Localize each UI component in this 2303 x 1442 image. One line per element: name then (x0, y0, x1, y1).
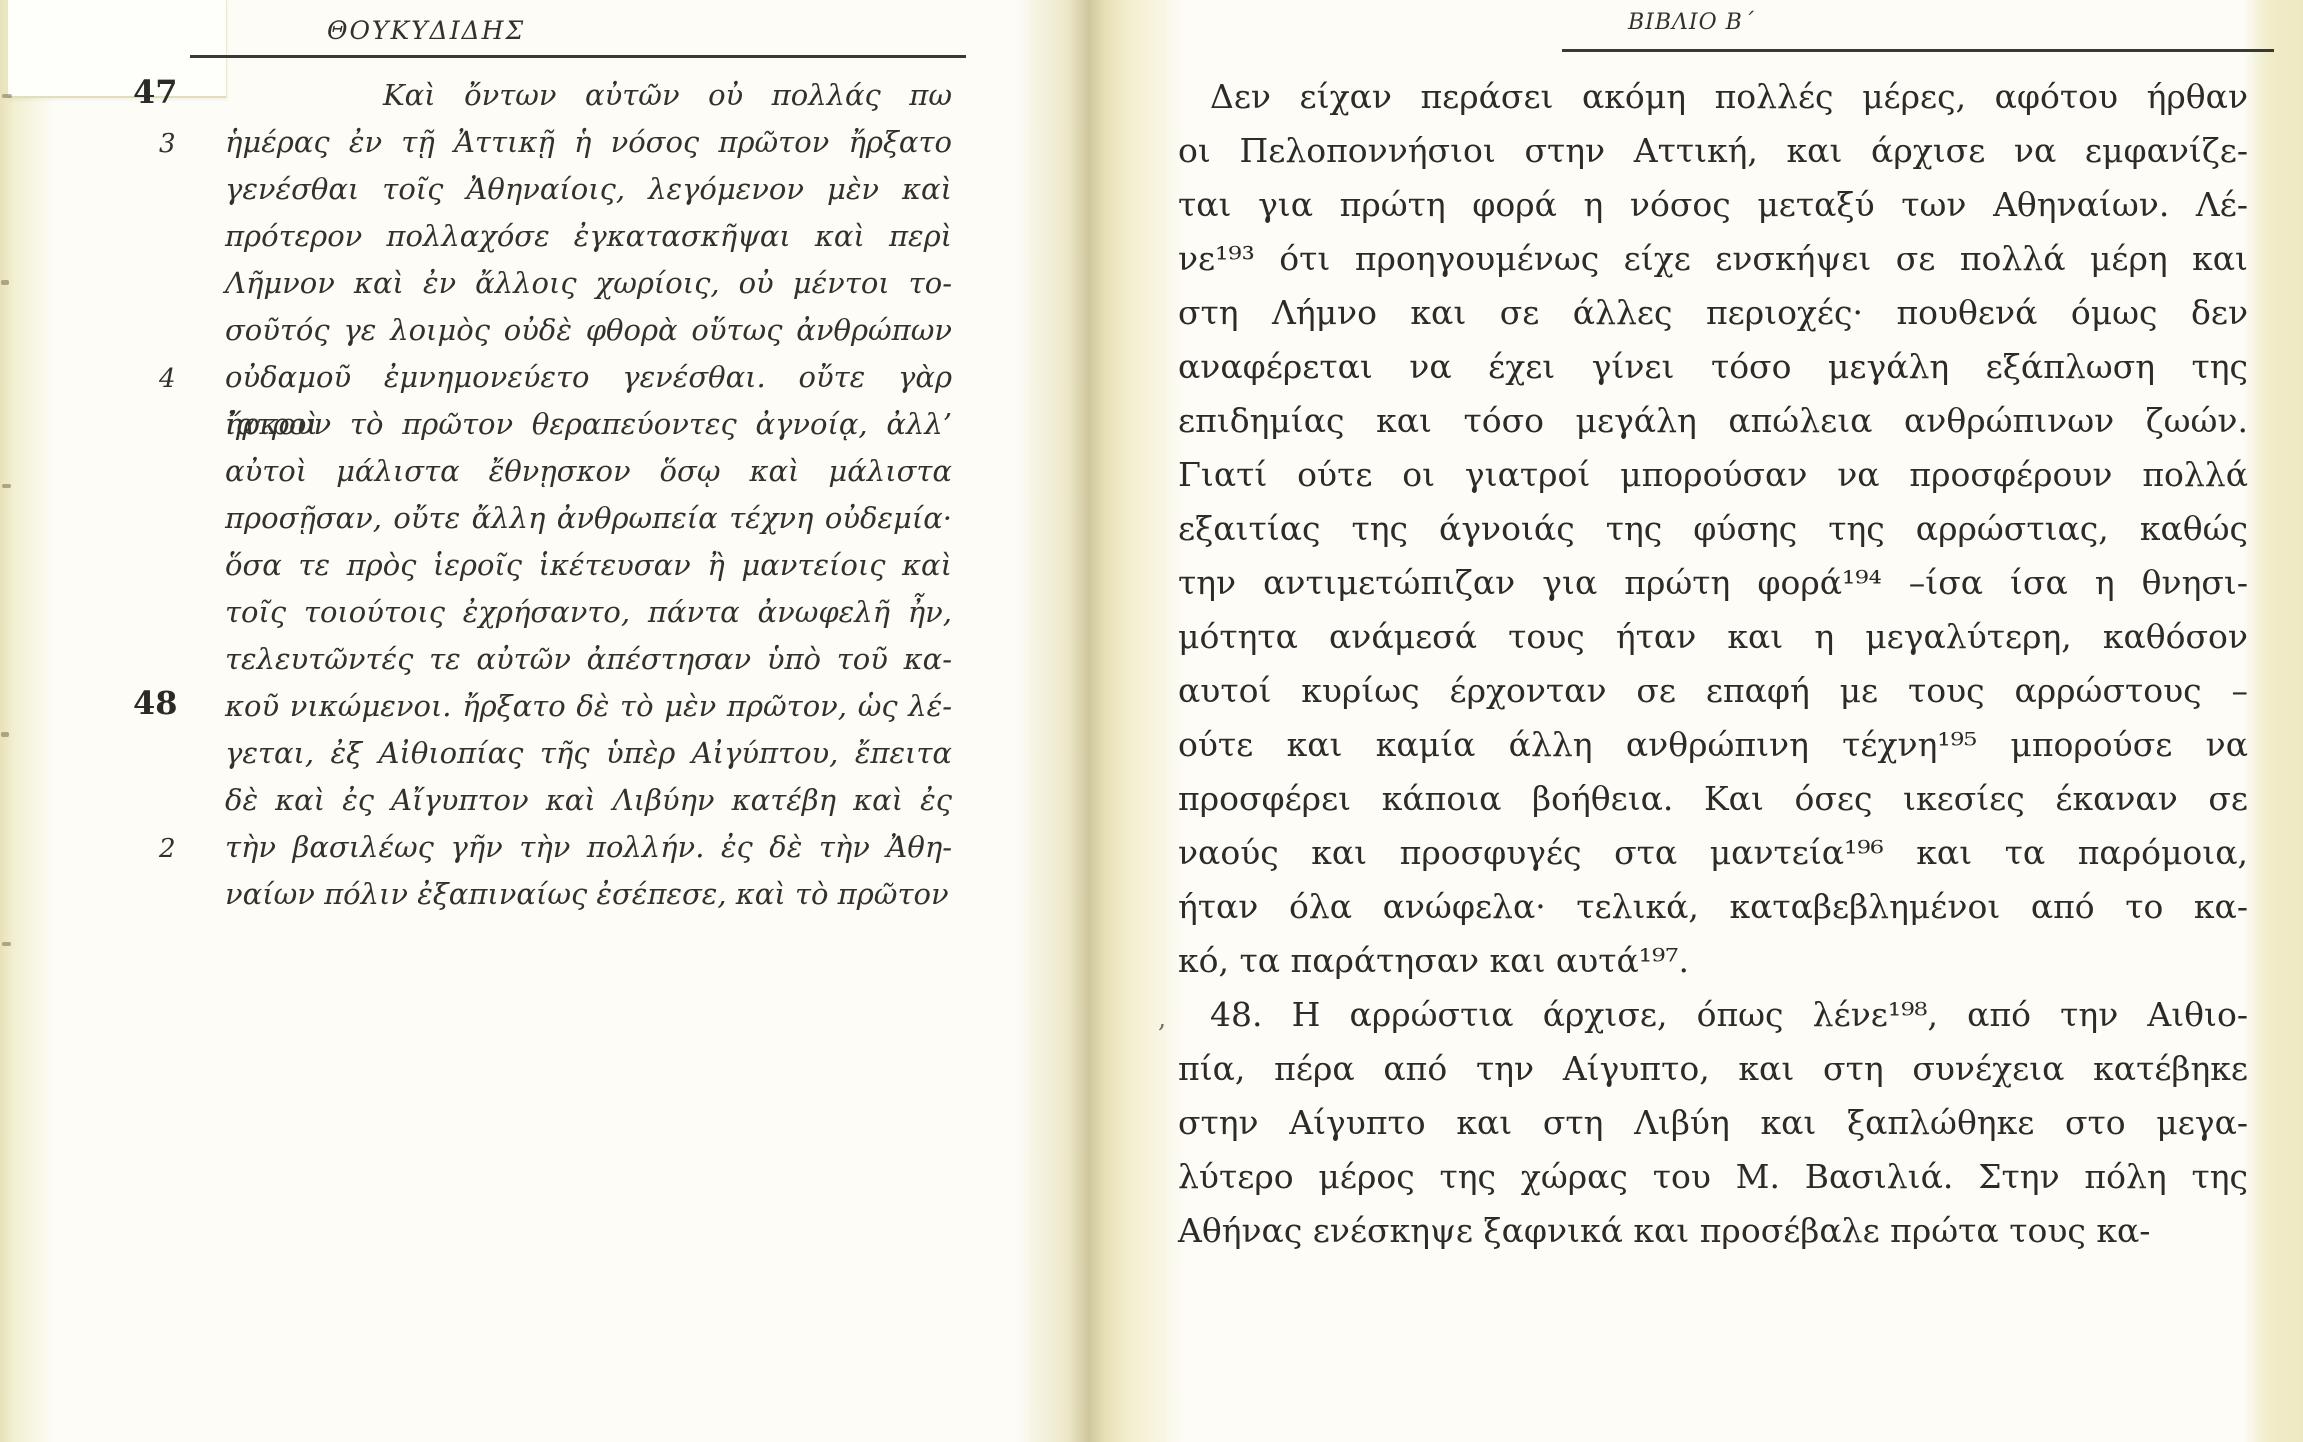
line-text: στην Αίγυπτο και στη Λιβύη και ξαπλώθηκε… (1178, 1103, 2248, 1142)
text-line: στην Αίγυπτο και στη Λιβύη και ξαπλώθηκε… (1178, 1096, 2248, 1150)
line-text: Αθήνας ενέσκηψε ξαφνικά και προσέβαλε πρ… (1178, 1211, 2150, 1250)
text-line: 47Καὶ ὄντων αὐτῶν οὐ πολλάς πω (225, 72, 952, 119)
line-text: αναφέρεται να έχει γίνει τόσο μεγάλη εξά… (1178, 347, 2248, 386)
line-text: εξαιτίας της άγνοιάς της φύσης της αρρώσ… (1178, 509, 2248, 548)
text-line: στη Λήμνο και σε άλλες περιοχές· πουθενά… (1178, 286, 2248, 340)
line-text: Καὶ ὄντων αὐτῶν οὐ πολλάς πω (383, 78, 952, 112)
text-line: ται για πρώτη φορά η νόσος μεταξύ των Αθ… (1178, 178, 2248, 232)
line-text: ὅσα τε πρὸς ἱεροῖς ἱκέτευσαν ἢ μαντείοις… (225, 548, 952, 582)
text-line: Λῆμνον καὶ ἐν ἄλλοις χωρίοις, οὐ μέντοι … (225, 260, 952, 307)
text-line: ἤρκουν τὸ πρῶτον θεραπεύοντες ἀγνοίᾳ, ἀλ… (225, 401, 952, 448)
text-line: ναίων πόλιν ἐξαπιναίως ἐσέπεσε, καὶ τὸ π… (225, 871, 952, 918)
text-line: γενέσθαι τοῖς Ἀθηναίοις, λεγόμενον μὲν κ… (225, 166, 952, 213)
line-text: ται για πρώτη φορά η νόσος μεταξύ των Αθ… (1178, 185, 2248, 224)
text-line: ήταν όλα ανώφελα· τελικά, καταβεβλημένοι… (1178, 880, 2248, 934)
line-text: γεται, ἐξ Αἰθιοπίας τῆς ὑπὲρ Αἰγύπτου, ἔ… (225, 736, 952, 770)
text-line: 48κοῦ νικώμενοι. ἤρξατο δὲ τὸ μὲν πρῶτον… (225, 683, 952, 730)
line-text: οι Πελοποννήσιοι στην Αττική, και άρχισε… (1178, 131, 2248, 170)
line-text: Δεν είχαν περάσει ακόμη πολλές μέρες, αφ… (1210, 77, 2248, 116)
left-text-block: 47Καὶ ὄντων αὐτῶν οὐ πολλάς πω3ἡμέρας ἐν… (225, 72, 952, 918)
text-line: 2τὴν βασιλέως γῆν τὴν πολλήν. ἐς δὲ τὴν … (225, 824, 952, 871)
text-line: σοῦτός γε λοιμὸς οὐδὲ φθορὰ οὕτως ἀνθρώπ… (225, 307, 952, 354)
scan-speck (1, 280, 9, 285)
line-text: Λῆμνον καὶ ἐν ἄλλοις χωρίοις, οὐ μέντοι … (225, 266, 952, 300)
line-text: λύτερο μέρος της χώρας του Μ. Βασιλιά. Σ… (1178, 1157, 2248, 1196)
text-line: λύτερο μέρος της χώρας του Μ. Βασιλιά. Σ… (1178, 1150, 2248, 1204)
line-text: νε¹⁹³ ότι προηγουμένως είχε ενσκήψει σε … (1178, 239, 2248, 278)
line-text: αυτοί κυρίως έρχονταν σε επαφή με τους α… (1178, 671, 2248, 710)
text-line: νε¹⁹³ ότι προηγουμένως είχε ενσκήψει σε … (1178, 232, 2248, 286)
text-line: προσῇσαν, οὔτε ἄλλη ἀνθρωπεία τέχνη οὐδε… (225, 495, 952, 542)
line-text: ναίων πόλιν ἐξαπιναίως ἐσέπεσε, καὶ τὸ π… (225, 877, 949, 911)
line-text: προσῇσαν, οὔτε ἄλλη ἀνθρωπεία τέχνη οὐδε… (225, 501, 952, 535)
left-header-rule (190, 55, 966, 58)
line-text: τελευτῶντές τε αὐτῶν ἀπέστησαν ὑπὸ τοῦ κ… (225, 642, 952, 676)
text-line: προσφέρει κάποια βοήθεια. Και όσες ικεσί… (1178, 772, 2248, 826)
text-line: Γιατί ούτε οι γιατροί μπορούσαν να προσφ… (1178, 448, 2248, 502)
line-text: σοῦτός γε λοιμὸς οὐδὲ φθορὰ οὕτως ἀνθρώπ… (225, 313, 952, 347)
text-line: τελευτῶντές τε αὐτῶν ἀπέστησαν ὑπὸ τοῦ κ… (225, 636, 952, 683)
text-line: οι Πελοποννήσιοι στην Αττική, και άρχισε… (1178, 124, 2248, 178)
margin-chapter-number: 47 (133, 69, 178, 116)
right-running-head: ΒΙΒΛΙΟ Β´ (1628, 10, 1755, 35)
text-line: ούτε και καμία άλλη ανθρώπινη τέχνη¹⁹⁵ μ… (1178, 718, 2248, 772)
text-line: ὅσα τε πρὸς ἱεροῖς ἱκέτευσαν ἢ μαντείοις… (225, 542, 952, 589)
text-line: εξαιτίας της άγνοιάς της φύσης της αρρώσ… (1178, 502, 2248, 556)
text-line: αυτοί κυρίως έρχονταν σε επαφή με τους α… (1178, 664, 2248, 718)
text-line: 4οὐδαμοῦ ἐμνημονεύετο γενέσθαι. οὔτε γὰρ… (225, 354, 952, 401)
text-line: Δεν είχαν περάσει ακόμη πολλές μέρες, αφ… (1178, 70, 2248, 124)
line-text: προσφέρει κάποια βοήθεια. Και όσες ικεσί… (1178, 779, 2248, 818)
line-text: ούτε και καμία άλλη ανθρώπινη τέχνη¹⁹⁵ μ… (1178, 725, 2248, 764)
page-edge-right (2243, 0, 2303, 1442)
line-text: ήταν όλα ανώφελα· τελικά, καταβεβλημένοι… (1178, 887, 2248, 926)
line-text: την αντιμετώπιζαν για πρώτη φορά¹⁹⁴ –ίσα… (1178, 563, 2248, 602)
right-header-rule (1562, 49, 2274, 52)
line-text: 48. Η αρρώστια άρχισε, όπως λένε¹⁹⁸, από… (1210, 995, 2248, 1034)
line-text: κοῦ νικώμενοι. ἤρξατο δὲ τὸ μὲν πρῶτον, … (225, 689, 952, 723)
line-text: γενέσθαι τοῖς Ἀθηναίοις, λεγόμενον μὲν κ… (225, 172, 952, 206)
paper-slip-overlay (8, 0, 227, 98)
text-line: τοῖς τοιούτοις ἐχρήσαντο, πάντα ἀνωφελῆ … (225, 589, 952, 636)
text-line: αὐτοὶ μάλιστα ἔθνῃσκον ὅσῳ καὶ μάλιστα (225, 448, 952, 495)
scan-speck (2, 94, 12, 98)
line-text: τὴν βασιλέως γῆν τὴν πολλήν. ἐς δὲ τὴν Ἀ… (225, 830, 952, 864)
scan-speck (2, 484, 11, 488)
line-text: τοῖς τοιούτοις ἐχρήσαντο, πάντα ἀνωφελῆ … (225, 595, 952, 629)
line-text: Γιατί ούτε οι γιατροί μπορούσαν να προσφ… (1178, 455, 2248, 494)
text-line: Αθήνας ενέσκηψε ξαφνικά και προσέβαλε πρ… (1178, 1204, 2248, 1258)
text-line: πρότερον πολλαχόσε ἐγκατασκῆψαι καὶ περὶ (225, 213, 952, 260)
stray-ink-mark: , (1158, 1004, 1166, 1034)
scan-speck (2, 942, 11, 946)
line-text: στη Λήμνο και σε άλλες περιοχές· πουθενά… (1178, 293, 2248, 332)
book-spread-scan: ΘΟΥΚΥΔΙΔΗΣ 47Καὶ ὄντων αὐτῶν οὐ πολλάς π… (0, 0, 2303, 1442)
text-line: κό, τα παράτησαν και αυτά¹⁹⁷. (1178, 934, 2248, 988)
line-text: πρότερον πολλαχόσε ἐγκατασκῆψαι καὶ περὶ (225, 219, 952, 253)
text-line: γεται, ἐξ Αἰθιοπίας τῆς ὑπὲρ Αἰγύπτου, ἔ… (225, 730, 952, 777)
line-text: επιδημίας και τόσο μεγάλη απώλεια ανθρώπ… (1178, 401, 2248, 440)
text-line: δὲ καὶ ἐς Αἴγυπτον καὶ Λιβύην κατέβη καὶ… (225, 777, 952, 824)
text-line: επιδημίας και τόσο μεγάλη απώλεια ανθρώπ… (1178, 394, 2248, 448)
left-running-head: ΘΟΥΚΥΔΙΔΗΣ (327, 16, 525, 45)
line-text: δὲ καὶ ἐς Αἴγυπτον καὶ Λιβύην κατέβη καὶ… (225, 783, 952, 817)
right-text-block: Δεν είχαν περάσει ακόμη πολλές μέρες, αφ… (1178, 70, 2248, 1258)
line-text: ναούς και προσφυγές στα μαντεία¹⁹⁶ και τ… (1178, 833, 2248, 872)
margin-section-number: 2 (159, 826, 176, 873)
line-text: ἤρκουν τὸ πρῶτον θεραπεύοντες ἀγνοίᾳ, ἀλ… (225, 407, 952, 441)
line-text: κό, τα παράτησαν και αυτά¹⁹⁷. (1178, 941, 1689, 980)
text-line: 48. Η αρρώστια άρχισε, όπως λένε¹⁹⁸, από… (1178, 988, 2248, 1042)
margin-section-number: 3 (159, 121, 176, 168)
book-gutter-shadow (1016, 0, 1186, 1442)
line-text: αὐτοὶ μάλιστα ἔθνῃσκον ὅσῳ καὶ μάλιστα (225, 454, 952, 488)
line-text: μότητα ανάμεσά τους ήταν και η μεγαλύτερ… (1178, 617, 2248, 656)
text-line: την αντιμετώπιζαν για πρώτη φορά¹⁹⁴ –ίσα… (1178, 556, 2248, 610)
text-line: πία, πέρα από την Αίγυπτο, και στη συνέχ… (1178, 1042, 2248, 1096)
page-edge-left (0, 0, 60, 1442)
line-text: ἡμέρας ἐν τῇ Ἀττικῇ ἡ νόσος πρῶτον ἤρξατ… (225, 125, 952, 159)
text-line: ναούς και προσφυγές στα μαντεία¹⁹⁶ και τ… (1178, 826, 2248, 880)
margin-chapter-number: 48 (133, 680, 178, 727)
line-text: πία, πέρα από την Αίγυπτο, και στη συνέχ… (1178, 1049, 2248, 1088)
text-line: αναφέρεται να έχει γίνει τόσο μεγάλη εξά… (1178, 340, 2248, 394)
text-line: μότητα ανάμεσά τους ήταν και η μεγαλύτερ… (1178, 610, 2248, 664)
margin-section-number: 4 (159, 356, 176, 403)
text-line: 3ἡμέρας ἐν τῇ Ἀττικῇ ἡ νόσος πρῶτον ἤρξα… (225, 119, 952, 166)
scan-speck (1, 732, 9, 737)
